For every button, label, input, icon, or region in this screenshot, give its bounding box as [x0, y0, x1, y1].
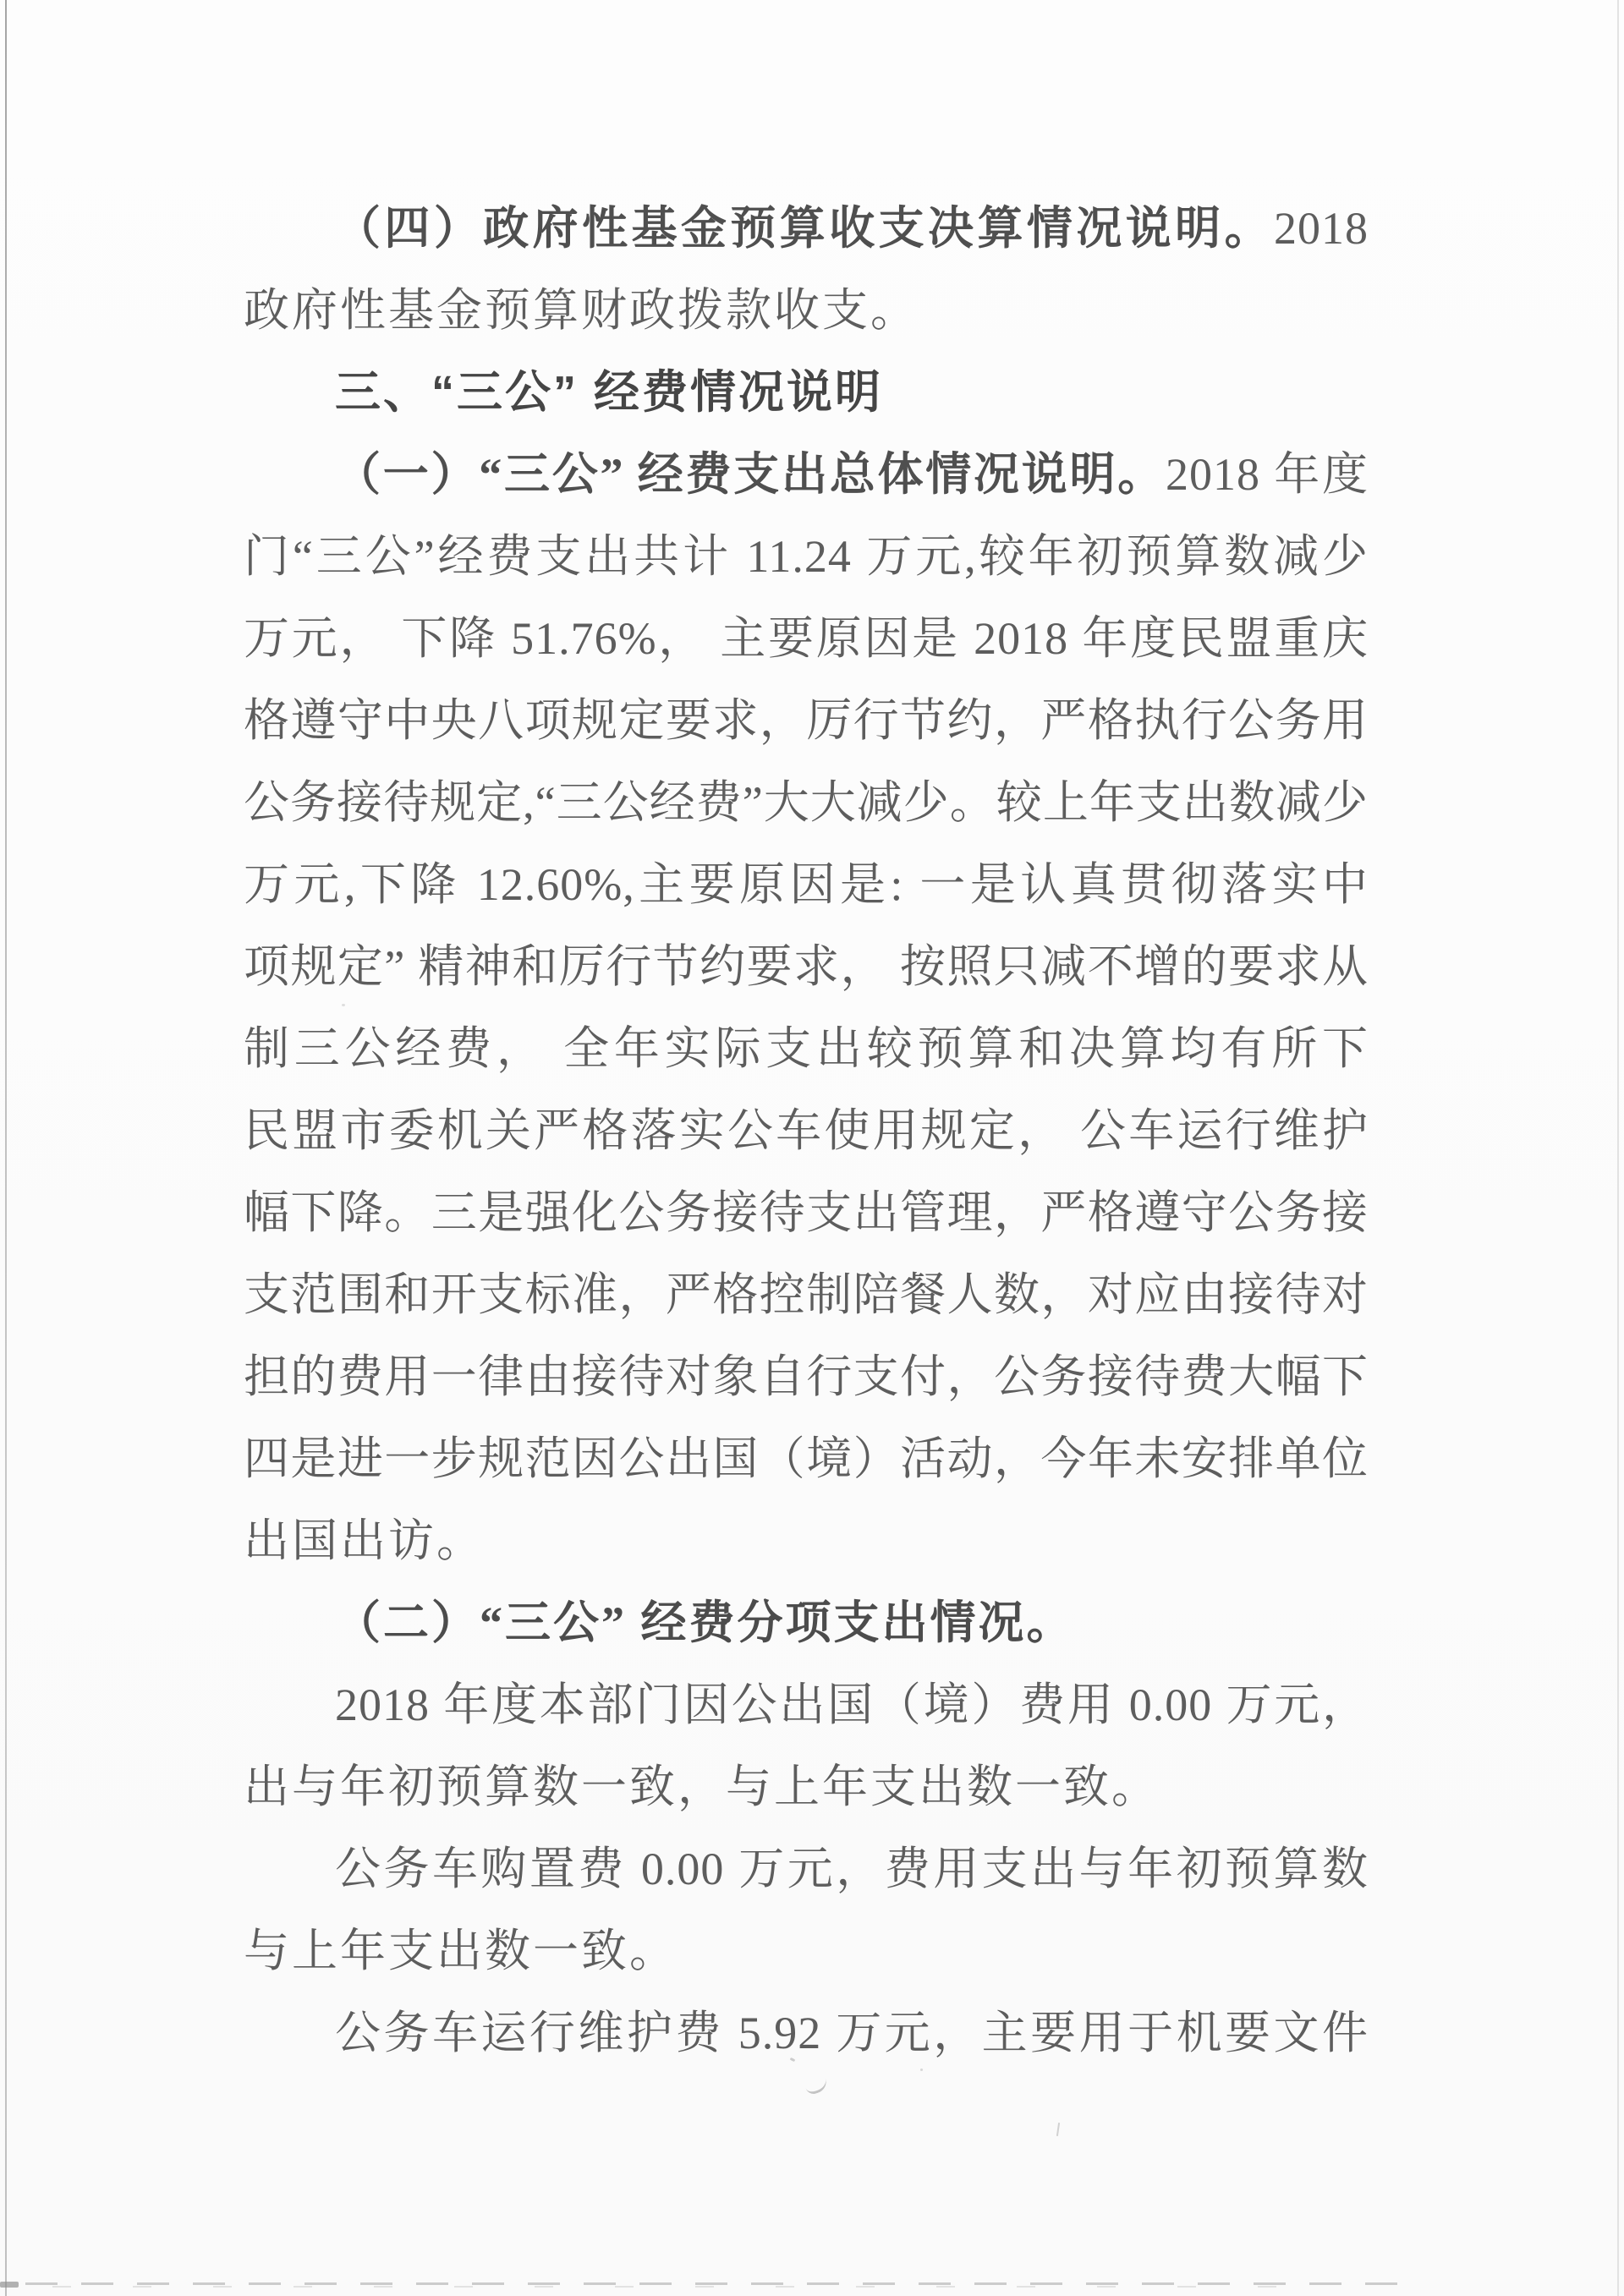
text-line: 四是进一步规范因公出国（境）活动，今年未安排单位人员	[244, 1418, 1369, 1500]
text-line: 公务接待规定,“三公经费”大大减少。较上年支出数减少 1.62	[244, 762, 1369, 844]
body-text: 出与年初预算数一致，与上年支出数一致。	[244, 1762, 1160, 1812]
body-text: 公务车运行维护费 5.92 万元，主要用于机要文件交换、	[244, 2008, 1369, 2074]
document-text-column: （四）政府性基金预算收支决算情况说明。2018 年度无 政府性基金预算财政拨款收…	[244, 188, 1369, 2074]
scanned-document-page: （四）政府性基金预算收支决算情况说明。2018 年度无 政府性基金预算财政拨款收…	[0, 0, 1624, 2296]
text-line: 幅下降。三是强化公务接待支出管理，严格遵守公务接待开	[244, 1172, 1369, 1254]
body-text: 公务车购置费 0.00 万元，费用支出与年初预算数一致，	[244, 1844, 1369, 1910]
text-line: 三、“三公” 经费情况说明	[244, 352, 1369, 434]
text-line: （一）“三公” 经费支出总体情况说明。2018 年度本部	[244, 434, 1369, 516]
pencil-squiggle-mark	[804, 2074, 830, 2096]
text-line: 门“三公”经费支出共计 11.24 万元,较年初预算数减少 12.06	[244, 516, 1369, 598]
text-line: 政府性基金预算财政拨款收支。	[244, 270, 1369, 352]
body-text: 格遵守中央八项规定要求，厉行节约，严格执行公务用车和	[244, 695, 1369, 762]
text-line: （四）政府性基金预算收支决算情况说明。2018 年度无	[244, 188, 1369, 270]
text-line: 出国出访。	[244, 1500, 1369, 1582]
body-text: 出国出访。	[244, 1515, 485, 1566]
scan-bottom-dash-artifact	[52, 2286, 1321, 2288]
section-heading-4: （四）政府性基金预算收支决算情况说明。	[335, 203, 1274, 254]
scan-corner-blob	[0, 2282, 19, 2288]
scan-speck	[920, 2069, 923, 2071]
text-line: 民盟市委机关严格落实公车使用规定， 公车运行维护成本大	[244, 1090, 1369, 1172]
body-text: 民盟市委机关严格落实公车使用规定， 公车运行维护成本大	[244, 1105, 1369, 1172]
body-text: 公务接待规定,“三公经费”大大减少。较上年支出数减少 1.62	[244, 777, 1369, 844]
body-text: 与上年支出数一致。	[244, 1926, 678, 1976]
text-line: 与上年支出数一致。	[244, 1910, 1369, 1992]
section-heading-3-1: （一）“三公” 经费支出总体情况说明。	[335, 449, 1166, 500]
section-heading-3-2: （二）“三公” 经费分项支出情况。	[335, 1597, 1075, 1648]
text-line: 制三公经费， 全年实际支出较预算和决算均有所下降。二是	[244, 1008, 1369, 1090]
text-line: 支范围和开支标准，严格控制陪餐人数，对应由接待对象承	[244, 1254, 1369, 1336]
text-line: （二）“三公” 经费分项支出情况。	[244, 1582, 1369, 1664]
body-text: 政府性基金预算财政拨款收支。	[244, 285, 919, 336]
body-text: 支范围和开支标准，严格控制陪餐人数，对应由接待对象承	[244, 1269, 1369, 1336]
text-line: 出与年初预算数一致，与上年支出数一致。	[244, 1746, 1369, 1828]
text-line: 万元， 下降 51.76%， 主要原因是 2018 年度民盟重庆市委严	[244, 598, 1369, 680]
body-text: 幅下降。三是强化公务接待支出管理，严格遵守公务接待开	[244, 1187, 1369, 1254]
scan-speck	[342, 1004, 345, 1006]
text-line: 2018 年度本部门因公出国（境）费用 0.00 万元，费用支	[244, 1664, 1369, 1746]
body-text: 门“三公”经费支出共计 11.24 万元,较年初预算数减少 12.06	[244, 531, 1369, 598]
scan-right-edge-line	[1617, 0, 1619, 2296]
text-line: 万元,下降 12.60%,主要原因是: 一是认真贯彻落实中央“八	[244, 844, 1369, 926]
text-line: 公务车运行维护费 5.92 万元，主要用于机要文件交换、	[244, 1992, 1369, 2074]
body-text: 2018 年度本部门因公出国（境）费用 0.00 万元，费用支	[244, 1680, 1369, 1746]
body-text: 项规定” 精神和厉行节约要求， 按照只减不增的要求从严控	[244, 941, 1369, 1008]
body-text: 担的费用一律由接待对象自行支付，公务接待费大幅下降。.	[244, 1351, 1369, 1418]
section-heading-3: 三、“三公” 经费情况说明	[335, 367, 883, 418]
text-line: 格遵守中央八项规定要求，厉行节约，严格执行公务用车和	[244, 680, 1369, 762]
body-text: 万元， 下降 51.76%， 主要原因是 2018 年度民盟重庆市委严	[244, 613, 1369, 680]
scan-speck	[1056, 2123, 1060, 2136]
body-text: 万元,下降 12.60%,主要原因是: 一是认真贯彻落实中央“八	[244, 859, 1369, 926]
body-text: 四是进一步规范因公出国（境）活动，今年未安排单位人员	[244, 1433, 1369, 1500]
text-line: 项规定” 精神和厉行节约要求， 按照只减不增的要求从严控	[244, 926, 1369, 1008]
text-line: 担的费用一律由接待对象自行支付，公务接待费大幅下降。.	[244, 1336, 1369, 1418]
body-text: 制三公经费， 全年实际支出较预算和决算均有所下降。二是	[244, 1023, 1369, 1090]
scan-left-edge-line	[5, 0, 7, 2296]
scan-bottom-dash-artifact	[25, 2282, 1417, 2285]
text-line: 公务车购置费 0.00 万元，费用支出与年初预算数一致，	[244, 1828, 1369, 1910]
